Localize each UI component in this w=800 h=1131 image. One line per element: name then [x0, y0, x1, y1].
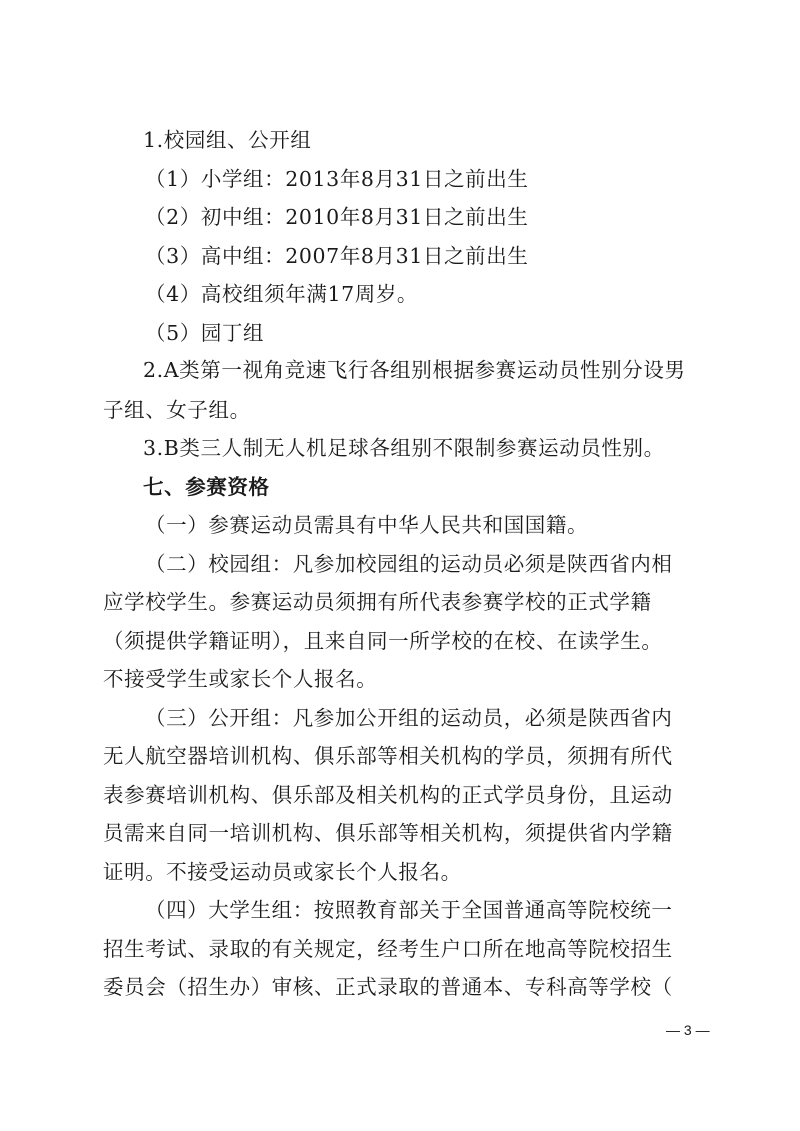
clause-2-line-4: 不接受学生或家长个人报名。 [103, 665, 377, 693]
clause-4-line-2: 招生考试、录取的有关规定，经考生户口所在地高等院校招生 [103, 935, 673, 963]
group-item-5: （5）园丁组 [145, 319, 264, 347]
group-item-1: （1）小学组：2013年8月31日之前出生 [145, 165, 528, 193]
clause-3-line-4: 员需来自同一培训机构、俱乐部等相关机构，须提供省内学籍 [103, 819, 673, 847]
page-number: — 3 — [666, 1022, 710, 1038]
group-item-4: （4）高校组须年满17周岁。 [145, 280, 418, 308]
clause-3: （三）公开组：凡参加公开组的运动员，必须是陕西省内 [145, 704, 673, 732]
section-item-2-cont: 子组、女子组。 [103, 396, 251, 424]
section-item-1: 1.校园组、公开组 [143, 126, 311, 154]
section-item-3: 3.B类三人制无人机足球各组别不限制参赛运动员性别。 [143, 434, 665, 462]
group-item-3: （3）高中组：2007年8月31日之前出生 [145, 242, 528, 270]
section-heading: 七、参赛资格 [143, 473, 270, 501]
clause-2-line-3: （须提供学籍证明），且来自同一所学校的在校、在读学生。 [103, 627, 662, 655]
clause-2: （二）校园组：凡参加校园组的运动员必须是陕西省内相 [145, 550, 673, 578]
document-page: 1.校园组、公开组 （1）小学组：2013年8月31日之前出生 （2）初中组：2… [0, 0, 800, 1131]
section-item-2: 2.A类第一视角竞速飞行各组别根据参赛运动员性别分设男 [143, 356, 686, 384]
clause-4: （四）大学生组：按照教育部关于全国普通高等院校统一 [145, 896, 673, 924]
group-item-2: （2）初中组：2010年8月31日之前出生 [145, 203, 528, 231]
clause-2-line-2: 应学校学生。参赛运动员须拥有所代表参赛学校的正式学籍 [103, 588, 652, 616]
clause-4-line-3: 委员会（招生办）审核、正式录取的普通本、专科高等学校（ [103, 973, 673, 1001]
clause-1: （一）参赛运动员需具有中华人民共和国国籍。 [145, 511, 588, 539]
clause-3-line-5: 证明。不接受运动员或家长个人报名。 [103, 858, 462, 886]
clause-3-line-3: 表参赛培训机构、俱乐部及相关机构的正式学员身份，且运动 [103, 781, 673, 809]
clause-3-line-2: 无人航空器培训机构、俱乐部等相关机构的学员，须拥有所代 [103, 742, 673, 770]
